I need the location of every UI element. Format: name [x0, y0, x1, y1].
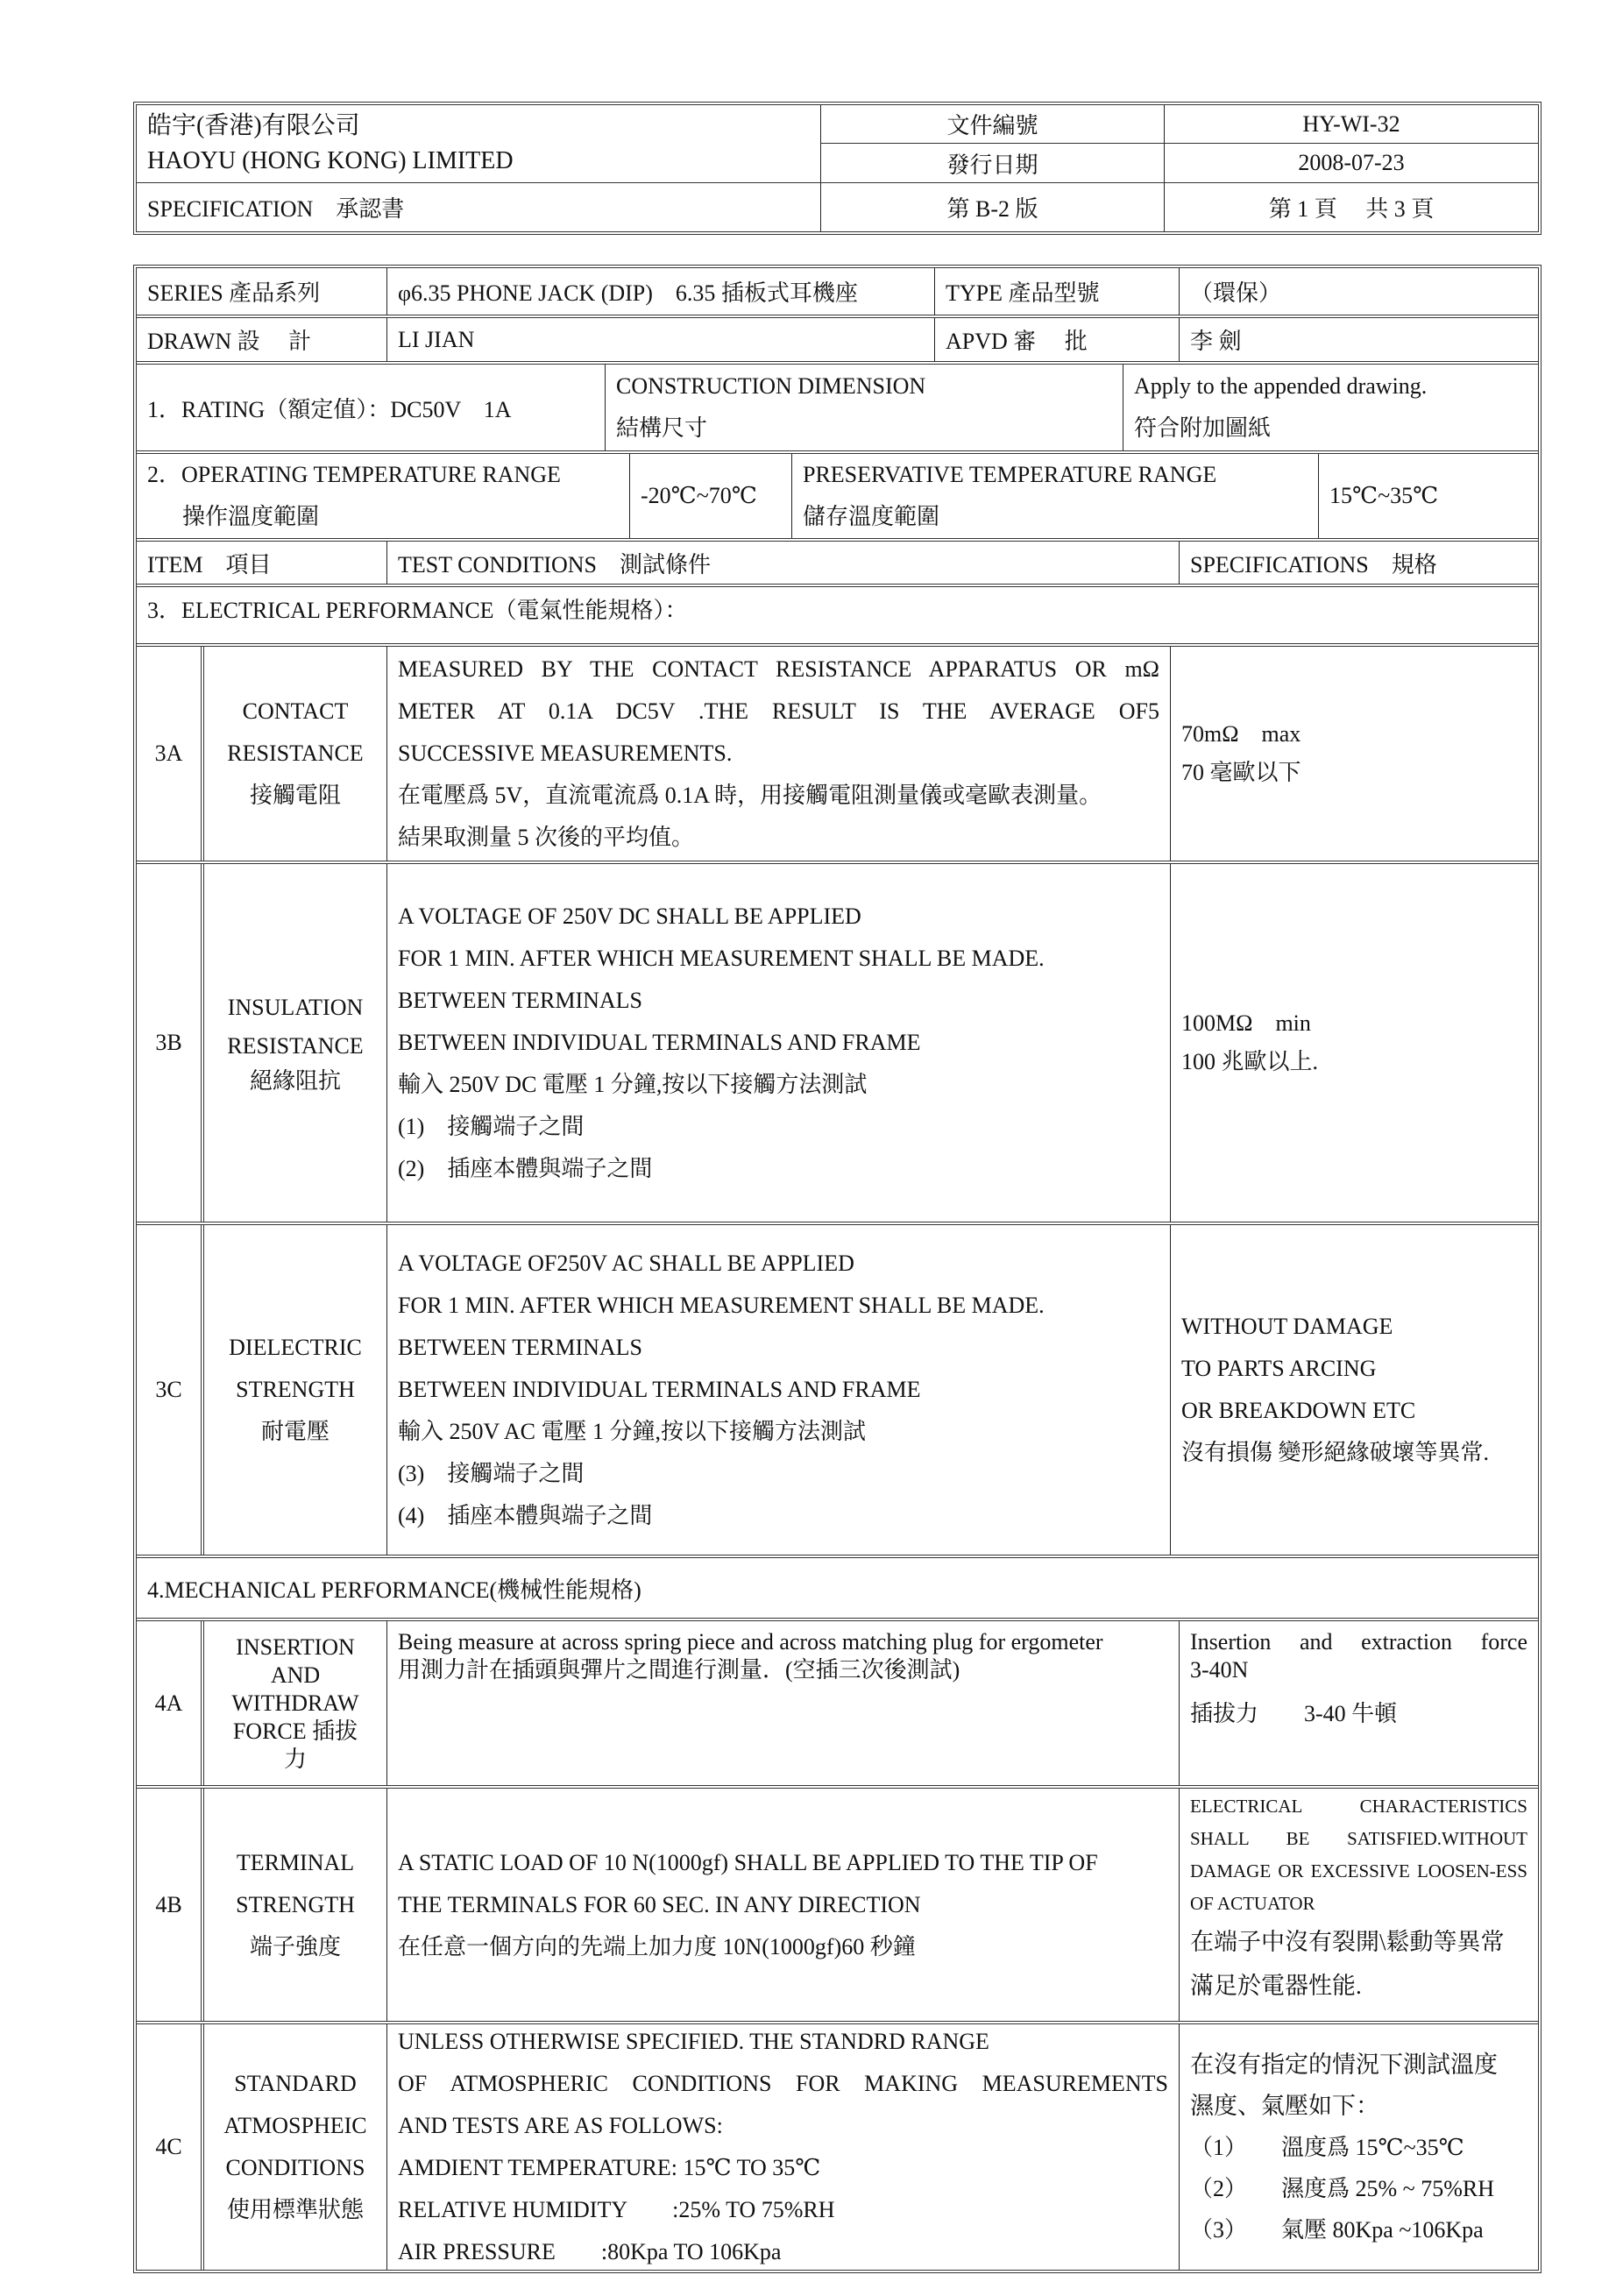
company-name-en: HAOYU (HONG KONG) LIMITED	[147, 144, 810, 179]
items-4b-spec-4-text: 在端子中沒有裂開\鬆動等異常	[1190, 1920, 1527, 1964]
items-3b-spec-0-text: 100MΩ min	[1181, 1004, 1527, 1043]
items-3a-spec-0-text: 70mΩ max	[1181, 715, 1527, 754]
item-name: CONTACT RESISTANCE 接觸電阻	[201, 647, 386, 861]
items-4c-name-0-text: STANDARD	[234, 2063, 356, 2105]
items-4c-id-text: 4C	[155, 2134, 181, 2160]
items-3c-name-2-text: 耐電壓	[261, 1411, 330, 1453]
items-4b-conditions-2-text: 在任意一個方向的先端上加力度 10N(1000gf)60 秒鐘	[398, 1926, 1168, 1968]
items-3b-name-1-text: RESISTANCE	[227, 1029, 363, 1064]
item-spec: 在沒有指定的情況下測試溫度 濕度、氣壓如下： （1） 溫度爲 15℃~35℃ （…	[1179, 2024, 1538, 2270]
column-item: ITEM 項目	[137, 542, 386, 584]
header-row-spec: SPECIFICATION 承認書 第 B-2 版 第 1 頁 共 3 頁	[137, 182, 1538, 231]
apvd-label: APVD 審 批	[934, 318, 1179, 361]
temperature-row: 2．OPERATING TEMPERATURE RANGE 操作溫度範圍 -20…	[137, 450, 1538, 538]
items-4b-name-2-text: 端子強度	[250, 1926, 341, 1968]
items-4c-conditions-1-text: OF ATMOSPHERIC CONDITIONS FOR MAKING MEA…	[398, 2063, 1168, 2105]
items-4a-conditions-0-text: Being measure at across spring piece and…	[398, 1628, 1168, 1656]
info-apvd-label-text: APVD 審 批	[946, 323, 1168, 356]
items-3b-conditions-6-text: (2) 插座本體與端子之間	[398, 1148, 1159, 1190]
item-conditions: A STATIC LOAD OF 10 N(1000gf) SHALL BE A…	[386, 1789, 1179, 2021]
items-4c-conditions-3-text: AMDIENT TEMPERATURE: 15℃ TO 35℃	[398, 2147, 1168, 2189]
item-conditions: Being measure at across spring piece and…	[386, 1621, 1179, 1785]
operating-temp-value: -20℃~70℃	[629, 454, 791, 538]
operating-temp-label: 2．OPERATING TEMPERATURE RANGE 操作溫度範圍	[137, 454, 629, 538]
items-4c-conditions-5-text: AIR PRESSURE :80Kpa TO 106Kpa	[398, 2231, 1168, 2273]
items-4a-spec-1-text: 3-40N	[1190, 1656, 1527, 1684]
items-3a-conditions-4-text: 結果取測量 5 次後的平均值。	[398, 817, 1159, 859]
items-3c-spec-0-text: WITHOUT DAMAGE	[1181, 1306, 1527, 1348]
doc-no-label: 文件編號	[946, 108, 1038, 140]
construction-dimension: CONSTRUCTION DIMENSION 結構尺寸	[605, 365, 1123, 450]
items-3a-id-text: 3A	[155, 741, 183, 767]
item-id: 4C	[137, 2024, 201, 2270]
doc-no-label-cell: 文件編號	[820, 105, 1164, 144]
info-preservative-temp-zh-text: 儲存溫度範圍	[803, 496, 1308, 538]
items-3c-spec-3-text: 沒有損傷 變形絕緣破壞等異常.	[1181, 1432, 1527, 1474]
items-4b-conditions-0-text: A STATIC LOAD OF 10 N(1000gf) SHALL BE A…	[398, 1842, 1168, 1884]
items-4c-spec-0-text: 在沒有指定的情況下測試溫度	[1190, 2044, 1527, 2086]
item-spec: 100MΩ min 100 兆歐以上.	[1170, 864, 1538, 1222]
info-type-value-text: （環保）	[1190, 275, 1527, 308]
items-3c-conditions-1-text: FOR 1 MIN. AFTER WHICH MEASUREMENT SHALL…	[398, 1285, 1159, 1327]
items-3c-id-text: 3C	[155, 1377, 181, 1403]
info-operating-temp-zh-text: 操作溫度範圍	[147, 496, 619, 538]
column-specifications: SPECIFICATIONS 規格	[1179, 542, 1538, 584]
items-4a-id-text: 4A	[155, 1690, 183, 1717]
issue-date-label-cell: 發行日期	[820, 144, 1164, 182]
section-electrical-title: 3．ELECTRICAL PERFORMANCE（電氣性能規格）：	[137, 587, 1538, 643]
items-4a-name-3-text: FORCE 插拔	[233, 1718, 358, 1746]
item-id: 3B	[137, 864, 201, 1222]
items-3c-conditions-4-text: 輸入 250V AC 電壓 1 分鐘,按以下接觸方法測試	[398, 1411, 1159, 1453]
items-4b-spec-1-text: SHALL BE SATISFIED.WITHOUT	[1190, 1823, 1527, 1855]
item-row-3B: 3B INSULATION RESISTANCE 絕緣阻抗 A VOLTAGE …	[137, 861, 1538, 1222]
items-4a-name-0-text: INSERTION	[236, 1633, 355, 1662]
sections-electrical-text: 3．ELECTRICAL PERFORMANCE（電氣性能規格）：	[147, 598, 688, 623]
section-mechanical: 4.MECHANICAL PERFORMANCE(機械性能規格)	[137, 1555, 1538, 1618]
preservative-temp-label: PRESERVATIVE TEMPERATURE RANGE 儲存溫度範圍	[791, 454, 1318, 538]
items-4b-spec-2-text: DAMAGE OR EXCESSIVE LOOSEN-ESS	[1190, 1855, 1527, 1888]
info-construction-value-zh-text: 符合附加圖紙	[1134, 407, 1527, 450]
items-4c-conditions-2-text: AND TESTS ARE AS FOLLOWS:	[398, 2105, 1168, 2147]
items-3b-conditions-5-text: (1) 接觸端子之間	[398, 1106, 1159, 1148]
header-row-company: 皓宇(香港)有限公司 HAOYU (HONG KONG) LIMITED 文件編…	[137, 105, 1538, 182]
item-id: 4A	[137, 1621, 201, 1785]
item-id: 4B	[137, 1789, 201, 2021]
item-row-3C: 3C DIELECTRIC STRENGTH 耐電壓 A VOLTAGE OF2…	[137, 1222, 1538, 1555]
item-spec: 70mΩ max 70 毫歐以下	[1170, 647, 1538, 861]
doc-no: HY-WI-32	[1302, 111, 1400, 138]
item-conditions: A VOLTAGE OF250V AC SHALL BE APPLIED FOR…	[386, 1225, 1170, 1555]
items-3b-conditions-0-text: A VOLTAGE OF 250V DC SHALL BE APPLIED	[398, 896, 1159, 938]
apvd-value: 李 劍	[1179, 318, 1538, 361]
issue-date: 2008-07-23	[1298, 150, 1404, 176]
items-3b-conditions-2-text: BETWEEN TERMINALS	[398, 980, 1159, 1022]
items-3c-conditions-2-text: BETWEEN TERMINALS	[398, 1327, 1159, 1369]
issue-date-label: 發行日期	[946, 147, 1038, 180]
items-4a-name-1-text: AND	[271, 1662, 320, 1690]
items-3b-spec-1-text: 100 兆歐以上.	[1181, 1043, 1527, 1081]
items-4b-spec-3-text: OF ACTUATOR	[1190, 1888, 1527, 1920]
items-3c-conditions-6-text: (4) 插座本體與端子之間	[398, 1495, 1159, 1537]
items-4a-conditions-1-text: 用測力計在插頭與彈片之間進行測量．(空插三次後測試)	[398, 1656, 1168, 1684]
items-3b-name-0-text: INSULATION	[228, 987, 364, 1029]
items-4a-spec-0-text: Insertion and extraction force	[1190, 1628, 1527, 1656]
items-4b-spec-0-text: ELECTRICAL CHARACTERISTICS	[1190, 1790, 1527, 1823]
drawn-row: DRAWN 設 計 LI JIAN APVD 審 批 李 劍	[137, 315, 1538, 361]
items-4b-spec-5-text: 滿足於電器性能.	[1190, 1964, 1527, 2008]
items-3c-name-1-text: STRENGTH	[236, 1369, 355, 1411]
item-name: INSULATION RESISTANCE 絕緣阻抗	[201, 864, 386, 1222]
page-number: 第 1 頁 共 3 頁	[1269, 191, 1435, 223]
specification-table: SERIES 產品系列 φ6.35 PHONE JACK (DIP) 6.35 …	[133, 265, 1541, 2273]
item-name: INSERTION AND WITHDRAW FORCE 插拔 力	[201, 1621, 386, 1785]
doc-type-cell: SPECIFICATION 承認書	[137, 183, 820, 231]
items-4c-spec-4-text: （3） 氣壓 80Kpa ~106Kpa	[1190, 2209, 1527, 2250]
info-apvd-value-text: 李 劍	[1190, 323, 1527, 356]
items-3b-conditions-3-text: BETWEEN INDIVIDUAL TERMINALS AND FRAME	[398, 1022, 1159, 1064]
items-4a-spec-2-text: 插拔力 3-40 牛頓	[1190, 1700, 1527, 1728]
columns-specifications-text: SPECIFICATIONS 規格	[1190, 547, 1527, 579]
items-3a-conditions-0-text: MEASURED BY THE CONTACT RESISTANCE APPAR…	[398, 648, 1159, 691]
items-3b-conditions-4-text: 輸入 250V DC 電壓 1 分鐘,按以下接觸方法測試	[398, 1064, 1159, 1106]
section-mechanical-title: 4.MECHANICAL PERFORMANCE(機械性能規格)	[137, 1558, 1538, 1618]
item-conditions: MEASURED BY THE CONTACT RESISTANCE APPAR…	[386, 647, 1170, 861]
info-construction-value-en-text: Apply to the appended drawing.	[1134, 365, 1527, 407]
info-preservative-temp-en-text: PRESERVATIVE TEMPERATURE RANGE	[803, 454, 1308, 496]
sections-mechanical-text: 4.MECHANICAL PERFORMANCE(機械性能規格)	[147, 1572, 1527, 1605]
item-row-3A: 3A CONTACT RESISTANCE 接觸電阻 MEASURED BY T…	[137, 643, 1538, 861]
drawn-label: DRAWN 設 計	[137, 318, 386, 361]
item-spec: ELECTRICAL CHARACTERISTICS SHALL BE SATI…	[1179, 1789, 1538, 2021]
preservative-temp-value: 15℃~35℃	[1318, 454, 1538, 538]
items-3c-spec-1-text: TO PARTS ARCING	[1181, 1348, 1527, 1390]
info-rating-text: 1．RATING（額定值）：DC50V 1A	[147, 392, 594, 424]
items-3c-conditions-5-text: (3) 接觸端子之間	[398, 1453, 1159, 1495]
item-conditions: UNLESS OTHERWISE SPECIFIED. THE STANDRD …	[386, 2024, 1179, 2270]
issue-date-cell: 2008-07-23	[1164, 144, 1538, 182]
type-value: （環保）	[1179, 268, 1538, 315]
info-operating-temp-en-text: 2．OPERATING TEMPERATURE RANGE	[147, 454, 619, 496]
items-3b-name-2-text: 絕緣阻抗	[250, 1064, 341, 1099]
columns-item-text: ITEM 項目	[147, 547, 376, 579]
info-preservative-temp-value-text: 15℃~35℃	[1329, 483, 1527, 509]
items-3c-conditions-0-text: A VOLTAGE OF250V AC SHALL BE APPLIED	[398, 1243, 1159, 1285]
info-drawn-value-text: LI JIAN	[398, 327, 924, 353]
info-drawn-label-text: DRAWN 設 計	[147, 323, 376, 356]
item-id: 3C	[137, 1225, 201, 1555]
info-series-value-text: φ6.35 PHONE JACK (DIP) 6.35 插板式耳機座	[398, 275, 924, 308]
column-header-row: ITEM 項目 TEST CONDITIONS 測試條件 SPECIFICATI…	[137, 538, 1538, 584]
items-3c-spec-2-text: OR BREAKDOWN ETC	[1181, 1390, 1527, 1432]
item-id: 3A	[137, 647, 201, 861]
items-4c-spec-1-text: 濕度、氣壓如下：	[1190, 2086, 1527, 2127]
document-header-table: 皓宇(香港)有限公司 HAOYU (HONG KONG) LIMITED 文件編…	[133, 102, 1541, 235]
company-name-zh: 皓宇(香港)有限公司	[147, 109, 810, 144]
items-3a-conditions-1-text: METER AT 0.1A DC5V .THE RESULT IS THE AV…	[398, 691, 1159, 733]
item-name: STANDARD ATMOSPHEIC CONDITIONS 使用標準狀態	[201, 2024, 386, 2270]
items-4c-conditions-0-text: UNLESS OTHERWISE SPECIFIED. THE STANDRD …	[398, 2021, 1168, 2063]
company-name-cell: 皓宇(香港)有限公司 HAOYU (HONG KONG) LIMITED	[137, 105, 820, 182]
info-construction-zh-text: 結構尺寸	[616, 407, 1112, 450]
items-3a-name-2-text: 接觸電阻	[250, 775, 341, 817]
info-construction-en-text: CONSTRUCTION DIMENSION	[616, 365, 1112, 407]
items-3c-name-0-text: DIELECTRIC	[229, 1327, 362, 1369]
items-3c-conditions-3-text: BETWEEN INDIVIDUAL TERMINALS AND FRAME	[398, 1369, 1159, 1411]
items-4c-conditions-4-text: RELATIVE HUMIDITY :25% TO 75%RH	[398, 2189, 1168, 2231]
item-spec: WITHOUT DAMAGE TO PARTS ARCING OR BREAKD…	[1170, 1225, 1538, 1555]
doc-no-cell: HY-WI-32	[1164, 105, 1538, 144]
info-series-label-text: SERIES 產品系列	[147, 275, 376, 308]
series-label: SERIES 產品系列	[137, 268, 386, 315]
items-4b-name-1-text: STRENGTH	[236, 1884, 355, 1926]
items-3b-id-text: 3B	[155, 1030, 181, 1056]
drawn-value: LI JIAN	[386, 318, 934, 361]
page-number-cell: 第 1 頁 共 3 頁	[1164, 183, 1538, 231]
version: 第 B-2 版	[946, 191, 1038, 223]
type-label: TYPE 產品型號	[934, 268, 1179, 315]
columns-test-conditions-text: TEST CONDITIONS 測試條件	[398, 547, 1168, 579]
items-4c-name-1-text: ATMOSPHEIC	[223, 2105, 366, 2147]
items-4a-name-4-text: 力	[284, 1746, 307, 1774]
items-3a-name-1-text: RESISTANCE	[227, 733, 363, 775]
series-value: φ6.35 PHONE JACK (DIP) 6.35 插板式耳機座	[386, 268, 934, 315]
items-4c-name-2-text: CONDITIONS	[226, 2147, 365, 2189]
item-name: DIELECTRIC STRENGTH 耐電壓	[201, 1225, 386, 1555]
items-3a-conditions-2-text: SUCCESSIVE MEASUREMENTS.	[398, 733, 1159, 775]
items-3b-conditions-1-text: FOR 1 MIN. AFTER WHICH MEASUREMENT SHALL…	[398, 938, 1159, 980]
items-4b-conditions-1-text: THE TERMINALS FOR 60 SEC. IN ANY DIRECTI…	[398, 1884, 1168, 1926]
items-3a-name-0-text: CONTACT	[243, 691, 349, 733]
item-spec: Insertion and extraction force 3-40N 插拔力…	[1179, 1621, 1538, 1785]
series-row: SERIES 產品系列 φ6.35 PHONE JACK (DIP) 6.35 …	[137, 268, 1538, 315]
column-test-conditions: TEST CONDITIONS 測試條件	[386, 542, 1179, 584]
version-cell: 第 B-2 版	[820, 183, 1164, 231]
items-4b-id-text: 4B	[155, 1892, 181, 1918]
item-row-4C: 4C STANDARD ATMOSPHEIC CONDITIONS 使用標準狀態…	[137, 2021, 1538, 2270]
item-conditions: A VOLTAGE OF 250V DC SHALL BE APPLIED FO…	[386, 864, 1170, 1222]
doc-type: SPECIFICATION 承認書	[147, 191, 810, 223]
items-4c-name-3-text: 使用標準狀態	[227, 2189, 364, 2231]
items-4b-name-0-text: TERMINAL	[237, 1842, 354, 1884]
rating-row: 1．RATING（額定值）：DC50V 1A CONSTRUCTION DIME…	[137, 361, 1538, 450]
construction-value: Apply to the appended drawing. 符合附加圖紙	[1123, 365, 1538, 450]
items-3a-conditions-3-text: 在電壓爲 5V，直流電流爲 0.1A 時，用接觸電阻測量儀或毫歐表測量。	[398, 775, 1159, 817]
info-operating-temp-value-text: -20℃~70℃	[641, 483, 781, 509]
items-4c-spec-2-text: （1） 溫度爲 15℃~35℃	[1190, 2127, 1527, 2168]
info-type-label-text: TYPE 產品型號	[946, 275, 1168, 308]
items-4a-name-2-text: WITHDRAW	[231, 1690, 358, 1718]
items-4c-spec-3-text: （2） 濕度爲 25% ~ 75%RH	[1190, 2168, 1527, 2209]
item-name: TERMINAL STRENGTH 端子強度	[201, 1789, 386, 2021]
item-row-4A: 4A INSERTION AND WITHDRAW FORCE 插拔 力 Bei…	[137, 1618, 1538, 1785]
item-row-4B: 4B TERMINAL STRENGTH 端子強度 A STATIC LOAD …	[137, 1785, 1538, 2021]
items-3a-spec-1-text: 70 毫歐以下	[1181, 754, 1527, 792]
section-electrical: 3．ELECTRICAL PERFORMANCE（電氣性能規格）：	[137, 584, 1538, 643]
rating: 1．RATING（額定值）：DC50V 1A	[137, 365, 605, 450]
